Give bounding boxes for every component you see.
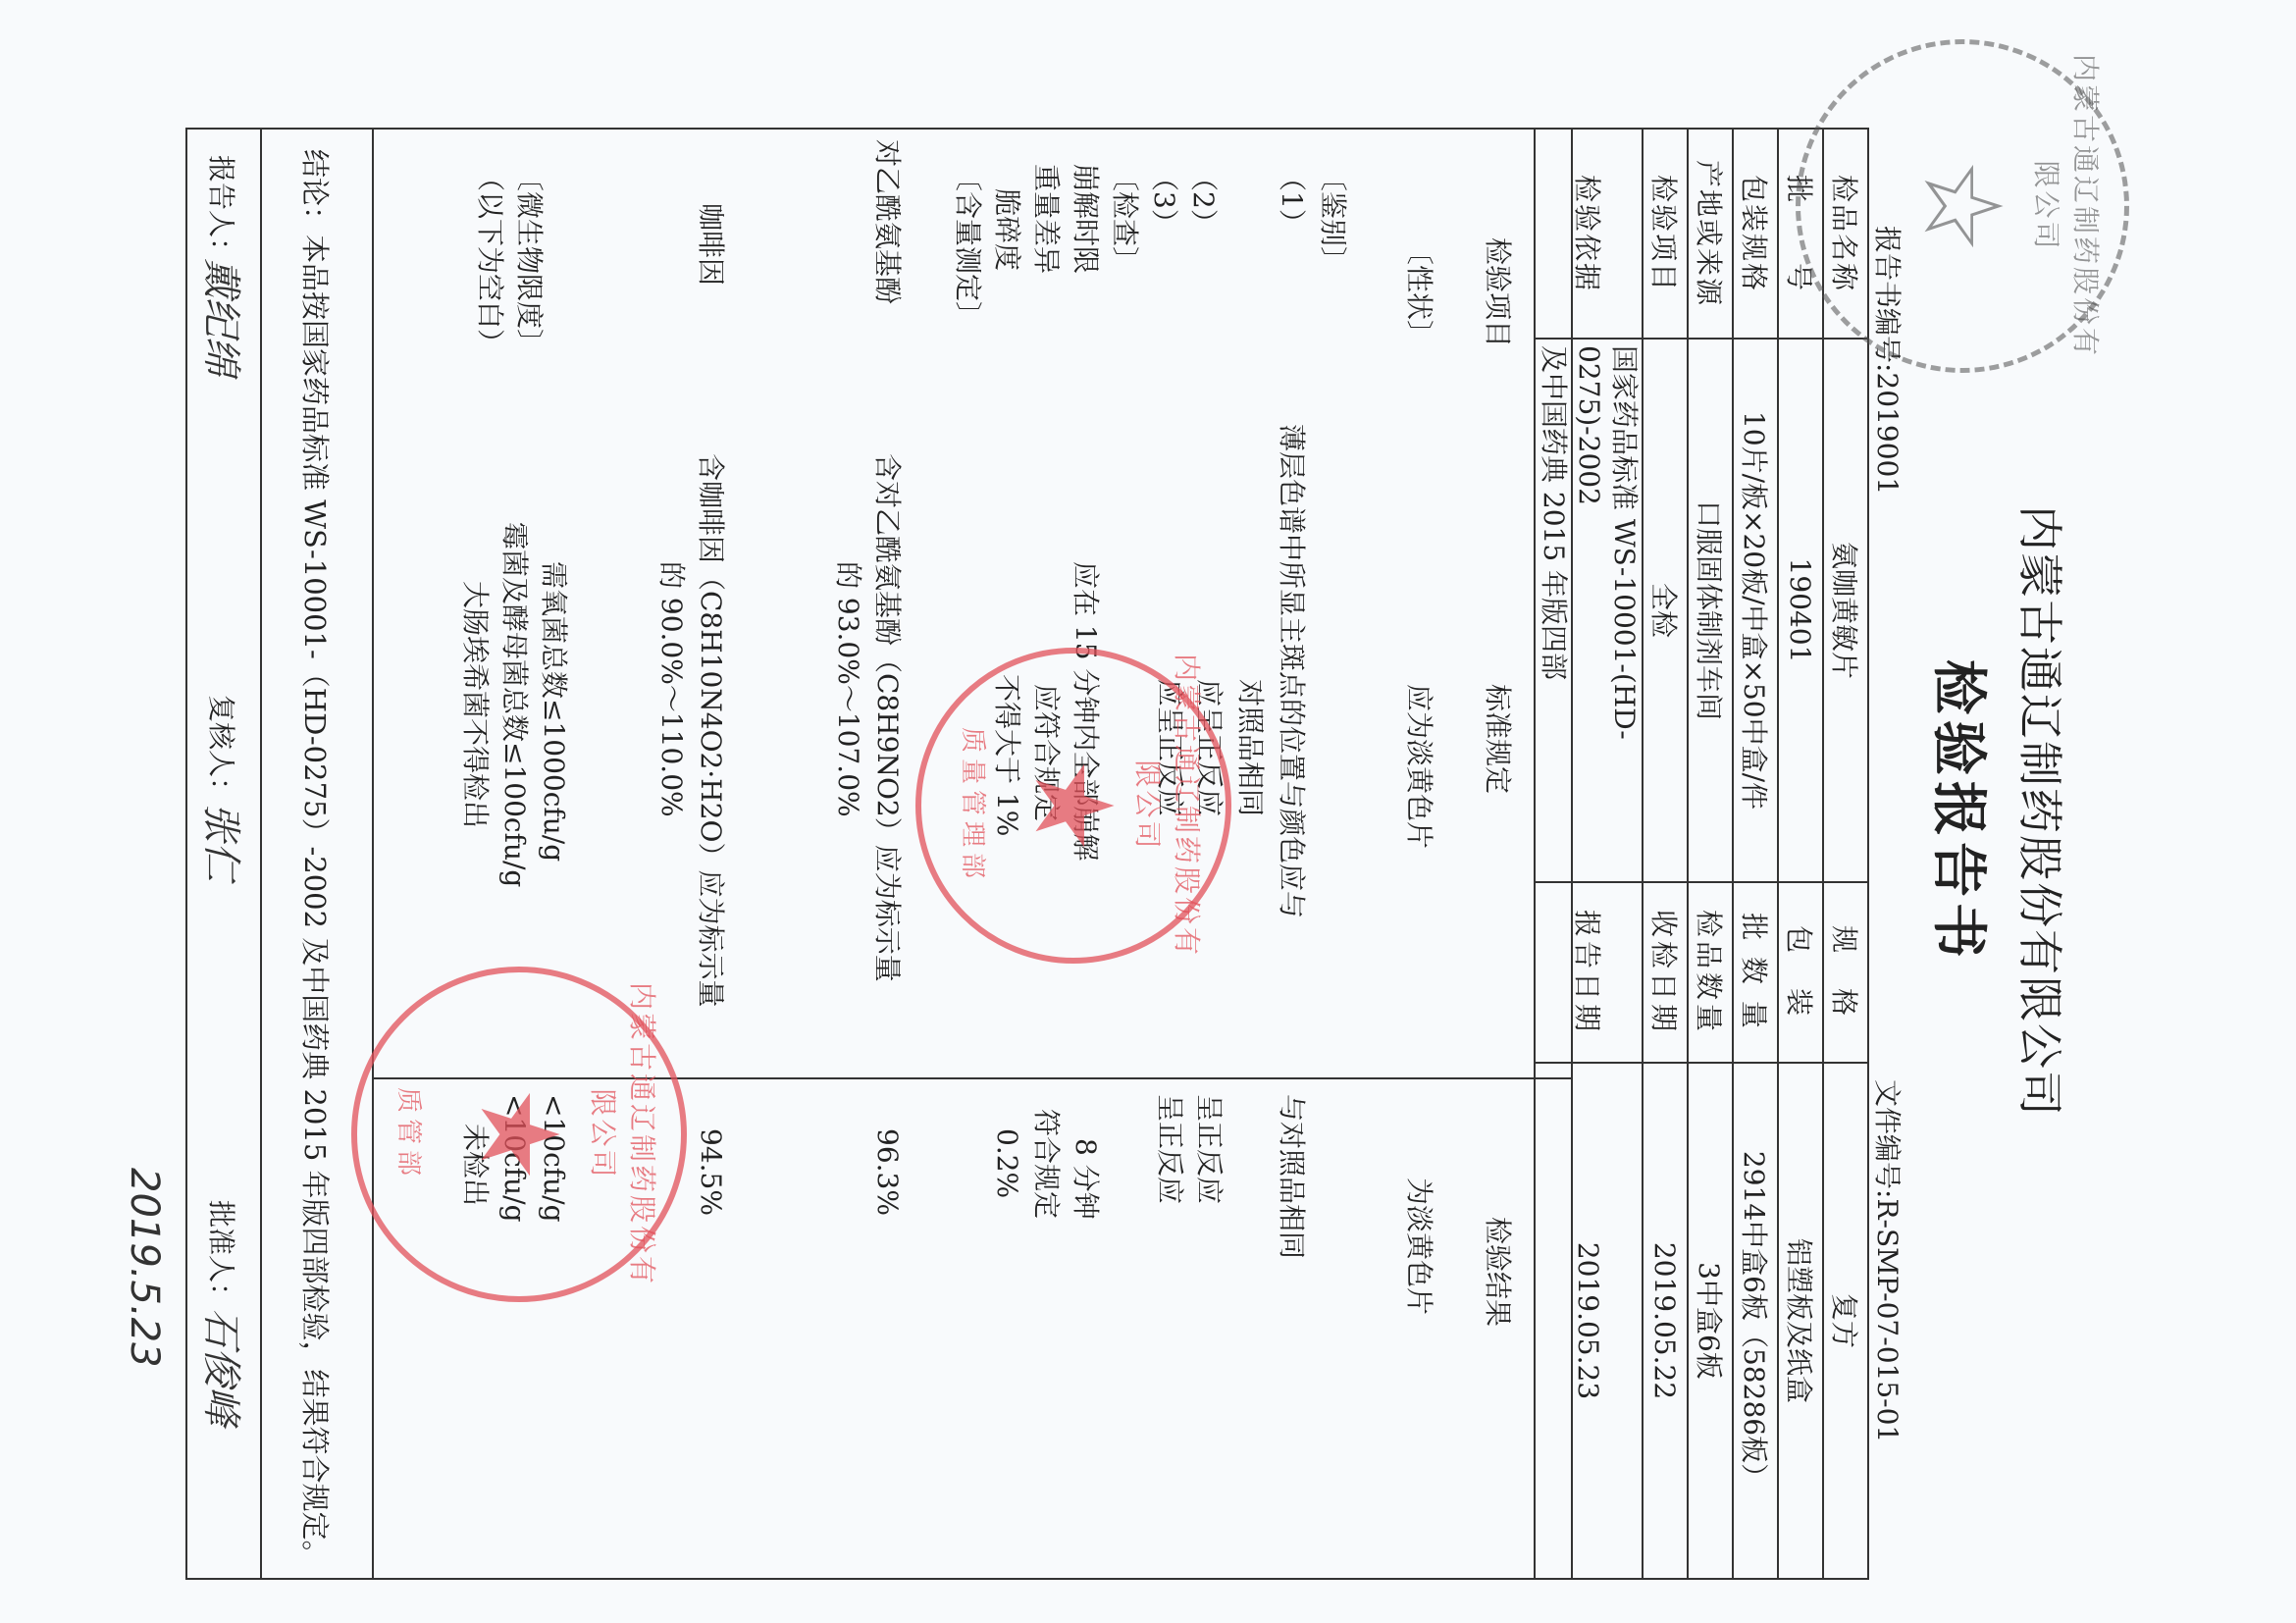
report-title: 检验报告书 <box>1923 0 2002 1623</box>
info-row: 包装规格 10片/板×20板/中盒×50中盒/件 批 数 量 2914中盒6板（… <box>1733 129 1778 1579</box>
info-row: 批 号 190401 包 装 铝塑板及纸盒 <box>1778 129 1823 1579</box>
result-text: 呈正反应 <box>1153 1094 1186 1204</box>
standard-text: 的 93.0%～107.0% <box>831 561 864 817</box>
info-label: 规 格 <box>1823 882 1868 1063</box>
standard-text: 应在 15 分钟内全部崩解 <box>1069 561 1102 861</box>
column-header-standard: 标准规定 <box>1481 684 1514 794</box>
test-item-label: 〔性状〕 <box>1402 237 1435 347</box>
info-label: 收检日期 <box>1643 882 1688 1063</box>
info-value: 2019.05.22 <box>1643 1063 1688 1579</box>
test-item-label: 〔检查〕 <box>1108 164 1141 274</box>
result-text: <10cfu/g <box>537 1094 570 1223</box>
signature-row: 报告人： 戴纪绵 复核人： 张仁 批准人： 石俊峰 <box>186 129 261 1579</box>
approver-signature: 石俊峰 <box>196 1308 252 1426</box>
info-label: 批 数 量 <box>1733 882 1778 1063</box>
file-number: 文件编号:R-SMP-07-015-01 <box>1869 1079 1908 1442</box>
standard-text: 的 90.0%～110.0% <box>654 561 688 817</box>
standard-text: 应为淡黄色片 <box>1402 684 1435 849</box>
test-item-label: （2） <box>1186 164 1220 236</box>
standard-text: 含咖啡因（C8H10N4O2·H2O）应为标示量 <box>694 453 727 1007</box>
test-item-label: 脆碎度 <box>990 188 1023 271</box>
approver-label: 批准人： <box>203 1200 242 1310</box>
info-value: 10片/板×20板/中盒×50中盒/件 <box>1733 339 1778 882</box>
test-item-label: 重量差异 <box>1029 164 1063 274</box>
info-label: 检验项目 <box>1643 129 1688 339</box>
info-row: 检品名称 氨咖黄敏片 规 格 复方 <box>1823 129 1868 1579</box>
result-text: 8 分钟 <box>1069 1138 1102 1220</box>
info-row: 检验项目 全检 收检日期 2019.05.22 <box>1643 129 1688 1579</box>
info-label: 产地或来源 <box>1688 129 1733 339</box>
result-text: 为淡黄色片 <box>1402 1178 1435 1315</box>
result-text: 与对照品相同 <box>1275 1094 1308 1259</box>
test-body-row: 检验项目标准规定〔性状〕〔鉴别〕（1）（2）（3）〔检查〕崩解时限重量差异脆碎度… <box>373 129 1572 1579</box>
result-text: 0.2% <box>990 1128 1023 1198</box>
info-row: 产地或来源 口服固体制剂车间 检品数量 3中盒6板 <box>1688 129 1733 1579</box>
test-item-label: 〔鉴别〕 <box>1316 164 1349 274</box>
signature-area: 报告人： 戴纪绵 复核人： 张仁 批准人： 石俊峰 <box>187 135 260 1572</box>
company-name: 内蒙古通辽制药股份有限公司 <box>2010 0 2075 1623</box>
reporter-label: 报告人： <box>203 155 242 265</box>
handwritten-date-note: 2019.5.23 <box>122 1168 167 1368</box>
standard-text: 不得大于 1% <box>990 674 1023 836</box>
items-and-standards-cell: 检验项目标准规定〔性状〕〔鉴别〕（1）（2）（3）〔检查〕崩解时限重量差异脆碎度… <box>373 129 1572 1078</box>
test-item-label: 崩解时限 <box>1069 164 1102 274</box>
checker-label: 复核人： <box>203 695 242 805</box>
info-value: 全检 <box>1643 339 1688 882</box>
test-item-label: 对乙酰氨基酚 <box>870 139 904 304</box>
result-text: 呈正反应 <box>1192 1094 1226 1204</box>
results-cell: 检验结果为淡黄色片与对照品相同呈正反应呈正反应8 分钟符合规定0.2%96.3%… <box>373 1078 1572 1579</box>
product-info-table: 检品名称 氨咖黄敏片 规 格 复方 批 号 190401 包 装 铝塑板及纸盒 … <box>1534 128 1869 1580</box>
info-value: 铝塑板及纸盒 <box>1778 1063 1823 1579</box>
results-column: 检验结果为淡黄色片与对照品相同呈正反应呈正反应8 分钟符合规定0.2%96.3%… <box>374 1079 1571 1578</box>
reporter-signature: 戴纪绵 <box>196 258 252 376</box>
standard-text: 应符合规定 <box>1029 684 1063 821</box>
file-number-value: R-SMP-07-015-01 <box>1871 1198 1904 1442</box>
report-number: 报告书编号:2019001 <box>1869 226 1908 495</box>
conclusion-row: 结论：本品按国家药品标准 WS-10001-（HD-0275）-2002 及中国… <box>261 129 373 1579</box>
result-text: 94.5% <box>694 1128 727 1216</box>
checker-signature: 张仁 <box>196 803 252 881</box>
test-item-label: （1） <box>1275 164 1308 236</box>
info-label: 包装规格 <box>1733 129 1778 339</box>
test-item-label: 〔微生物限度〕 <box>512 164 546 356</box>
info-label: 包 装 <box>1778 882 1823 1063</box>
info-value: 复方 <box>1823 1063 1868 1579</box>
result-text: 未检出 <box>458 1124 492 1206</box>
standard-text: 含对乙酰氨基酚（C8H9NO2）应为标示量 <box>870 453 904 982</box>
standard-text: 应呈正反应 <box>1153 679 1186 816</box>
standard-text: 对照品相同 <box>1233 679 1267 816</box>
items-column: 检验项目标准规定〔性状〕〔鉴别〕（1）（2）（3）〔检查〕崩解时限重量差异脆碎度… <box>374 130 1571 1077</box>
test-item-label: 〔含量测定〕 <box>951 164 984 329</box>
report-number-label: 报告书编号: <box>1871 226 1904 372</box>
file-number-label: 文件编号: <box>1871 1079 1904 1198</box>
standard-text: 需氧菌总数≤1000cfu/g <box>537 561 570 862</box>
result-text: <10cfu/g <box>497 1094 531 1223</box>
standard-text: 薄层色谱中所显主斑点的位置与颜色应与 <box>1275 424 1308 918</box>
test-item-label: （以下为空白） <box>473 164 506 356</box>
report-number-value: 2019001 <box>1871 372 1904 495</box>
test-item-label: （3） <box>1147 164 1180 236</box>
info-value: 2914中盒6板（58286板） <box>1733 1063 1778 1579</box>
result-text: 符合规定 <box>1029 1109 1063 1219</box>
info-label: 检品名称 <box>1823 129 1868 339</box>
info-label: 检品数量 <box>1688 882 1733 1063</box>
standard-text: 霉菌及酵母菌总数≤100cfu/g <box>497 522 531 887</box>
conclusion-text: 结论：本品按国家药品标准 WS-10001-（HD-0275）-2002 及中国… <box>261 129 373 1579</box>
info-value: 190401 <box>1778 339 1823 882</box>
info-value: 口服固体制剂车间 <box>1688 339 1733 882</box>
standard-text: 大肠埃希菌不得检出 <box>458 581 492 828</box>
test-results-table: 检验项目标准规定〔性状〕〔鉴别〕（1）（2）（3）〔检查〕崩解时限重量差异脆碎度… <box>185 128 1573 1580</box>
info-value: 3中盒6板 <box>1688 1063 1733 1579</box>
inspection-report-page: 内蒙古通辽制药股份有限公司 检验报告书 报告书编号:2019001 文件编号:R… <box>0 0 2296 1623</box>
result-text: 96.3% <box>870 1128 904 1216</box>
info-label: 批 号 <box>1778 129 1823 339</box>
test-item-label: 咖啡因 <box>694 203 727 286</box>
column-header-result: 检验结果 <box>1481 1217 1514 1327</box>
info-value: 氨咖黄敏片 <box>1823 339 1868 882</box>
standard-text: 应呈正反应 <box>1192 679 1226 816</box>
column-header-item: 检验项目 <box>1481 237 1514 347</box>
